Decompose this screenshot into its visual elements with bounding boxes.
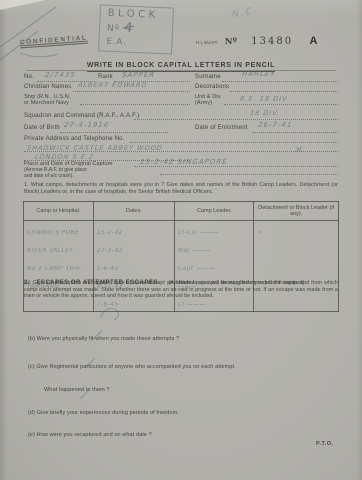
camps-table-row: CHANGI S'PORE 15-2-42 Lt-Col ——— × xyxy=(24,221,339,240)
field-label-capture-3: and date of a/c crash). xyxy=(24,173,74,179)
field-line-dob xyxy=(60,132,168,133)
block-entry: × xyxy=(257,230,262,236)
field-line-squadron xyxy=(134,119,338,120)
field-label-doe: Date of Enlistment xyxy=(195,125,248,131)
escapes-item-e: (e) How were you recaptured and on what … xyxy=(28,432,152,438)
scan-corner-artifact xyxy=(0,0,46,10)
field-line-ship xyxy=(80,104,190,105)
field-line-unit xyxy=(224,104,338,105)
escapes-item-a: (a) Give full description and approx. da… xyxy=(24,280,338,300)
question-1-text: 1. What camps, detachments or hospitals … xyxy=(24,182,338,195)
field-line-address-2 xyxy=(24,151,338,152)
dates-entry: 7-8-45 xyxy=(97,302,119,308)
field-line-capture-2 xyxy=(160,174,338,175)
field-value-unit: R.E. 18 DIV xyxy=(239,95,288,103)
confidential-stamp: CONFIDENTIAL xyxy=(20,35,88,49)
field-label-dob: Date of Birth xyxy=(24,125,60,131)
field-value-dob: 27-4-1916 xyxy=(63,121,109,129)
field-label-surname: Surname xyxy=(195,74,221,80)
block-stamp-box: BLOCK Nº4 E.A. xyxy=(98,4,174,54)
camps-table-row: RIVER VALLEY 27-3-42 Maj ——— xyxy=(24,239,339,257)
escapes-item-b: (b) Were you physically fit when you mad… xyxy=(28,336,179,342)
field-value-christian-names: ALBERT EDWARD xyxy=(77,81,147,89)
field-line-capture-1 xyxy=(134,166,338,167)
field-label-christian-names: Christian Names xyxy=(24,84,71,90)
ref-suffix: A xyxy=(310,35,318,47)
field-value-capture: 15-2-42 SINGAPORE xyxy=(139,158,228,166)
field-label-no: No. xyxy=(24,74,34,80)
camps-table-header-row: Camp or Hospital. Dates. Camp Leader. De… xyxy=(24,202,339,221)
field-label-rank: Rank xyxy=(98,74,113,80)
camps-table-header-camp: Camp or Hospital. xyxy=(24,202,94,221)
pencil-annotation: N.C. xyxy=(232,6,259,21)
field-label-decorations: Decorations xyxy=(195,84,229,90)
field-label-address: Private Address and Telephone No. xyxy=(24,136,125,142)
ref-number: 13480 xyxy=(251,36,293,47)
field-label-squadron: Squadron and Command (R.A.F., A.A.F.) xyxy=(24,113,139,119)
pto-label: P.T.O. xyxy=(316,441,334,447)
block-no-symbol: Nº xyxy=(107,24,120,35)
field-value-rank: SAPPER xyxy=(121,71,155,79)
escapes-item-d: (d) Give briefly your experiences during… xyxy=(28,410,179,416)
field-value-squadron: 18 DIV. xyxy=(249,109,280,117)
field-value-doe: 26-7-41 xyxy=(257,121,292,129)
camps-table-header-block: Detachment or Block Leader (if any). xyxy=(254,202,339,221)
block-stamp-line3: E.A. xyxy=(106,37,171,50)
leader-entry: Lt ——— xyxy=(178,302,206,308)
block-no-value: 4 xyxy=(123,20,134,36)
field-line-address-1 xyxy=(130,142,338,143)
scanned-pow-form: CONFIDENTIAL BLOCK Nº4 E.A. N.C. H.L 9/J… xyxy=(0,0,362,480)
field-value-no: 2/7435 xyxy=(44,71,76,79)
field-label-ship-2: or Merchant Navy xyxy=(24,100,69,106)
leader-entry: Maj ——— xyxy=(178,248,211,254)
camp-entry: CHANGI S'PORE xyxy=(27,230,79,236)
field-label-unit-2: (Army) xyxy=(195,100,212,106)
field-line-doe xyxy=(252,132,338,133)
ref-prefix: H.L 9/JAP/ xyxy=(196,40,217,45)
escapes-item-c2: What happened to them ? xyxy=(44,387,110,393)
ref-no-symbol: Nº xyxy=(225,37,237,47)
camps-table-header-leader: Camp Leader. xyxy=(175,202,254,221)
dates-entry: 27-3-42 xyxy=(97,248,123,254)
leader-entry: Lt-Col ——— xyxy=(178,230,219,236)
block-stamp-number: Nº4 xyxy=(107,20,173,38)
field-line-decorations xyxy=(229,91,338,92)
dates-entry: 15-2-42 xyxy=(97,230,123,236)
camps-table-header-dates: Dates. xyxy=(93,202,174,221)
field-line-christian-names xyxy=(73,91,190,92)
camp-entry: RIVER VALLEY xyxy=(27,248,73,254)
field-value-surname: HARLEY xyxy=(241,70,276,78)
escapes-item-c: (c) Give Regimental particulars of anyon… xyxy=(28,364,236,370)
field-line-surname xyxy=(222,81,338,82)
reference-number-line: H.L 9/JAP/ Nº 13480 A xyxy=(196,31,318,49)
